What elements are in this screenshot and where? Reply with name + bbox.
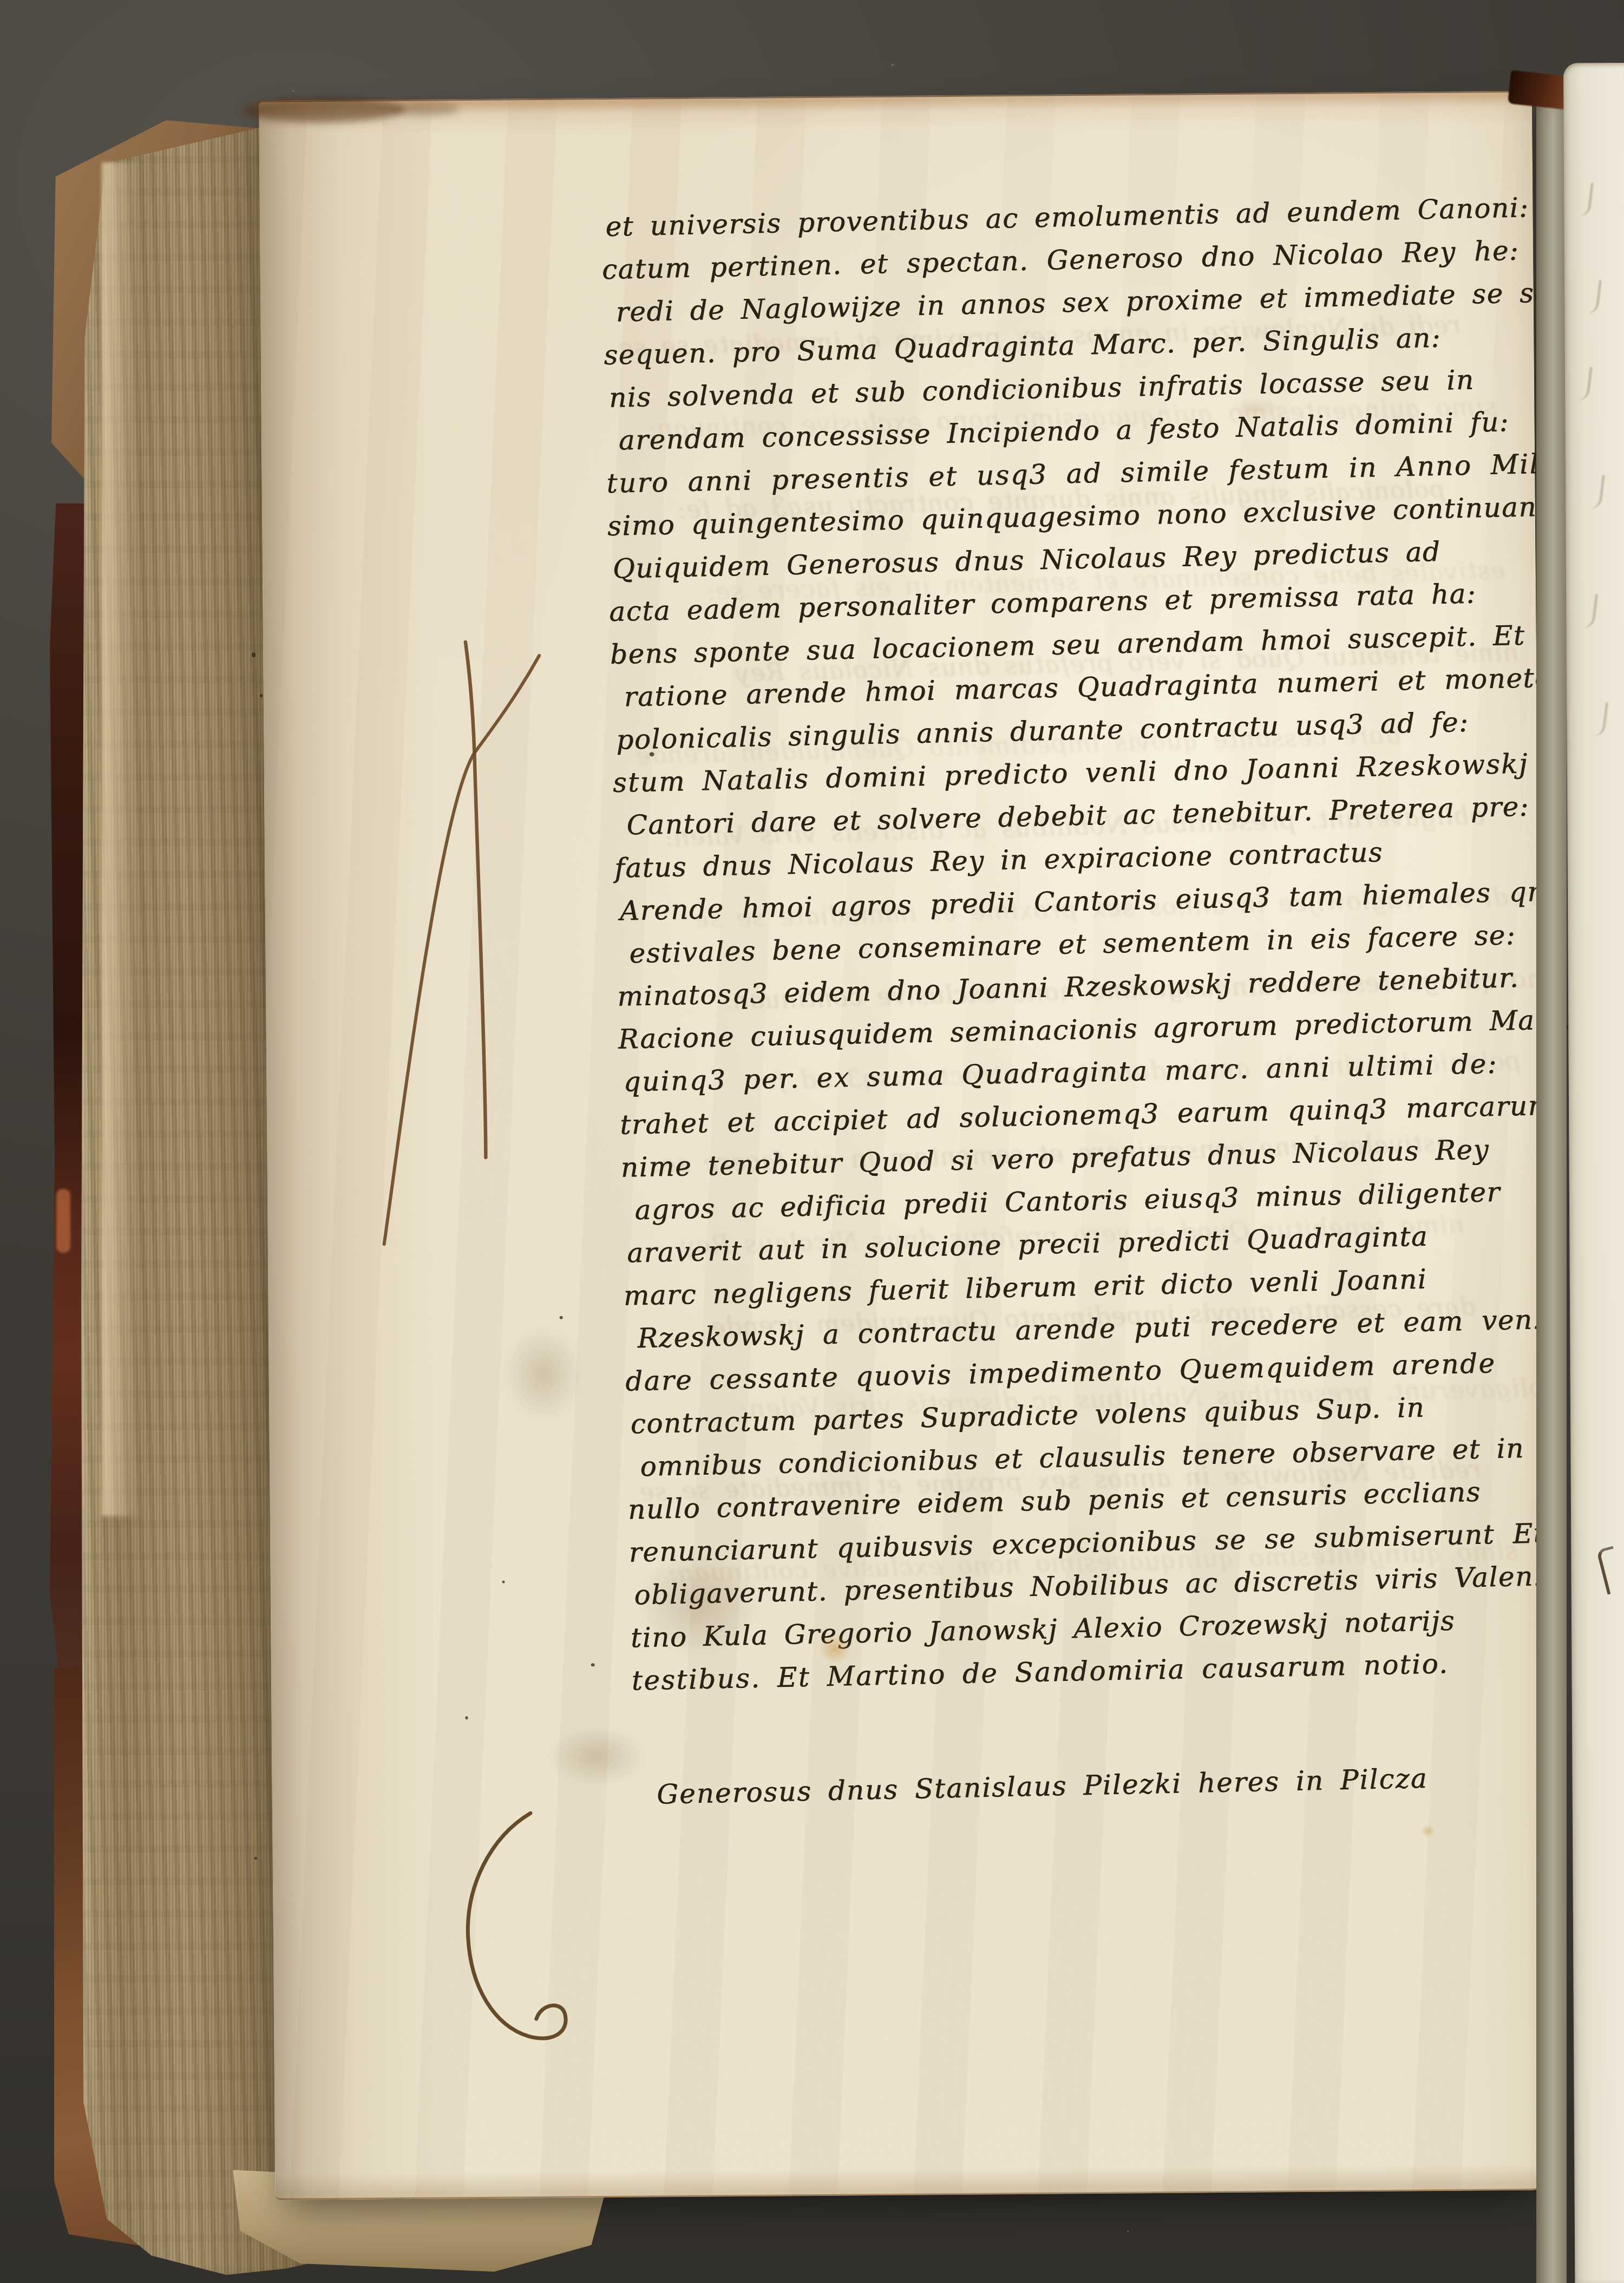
fore-edge-speck xyxy=(252,652,256,657)
show-through-mark xyxy=(1581,593,1598,629)
ink-dot xyxy=(502,1581,505,1584)
closing-line-wrap: Generosus dnus Stanislaus Pilezki heres … xyxy=(601,186,1571,1817)
ink-dot xyxy=(1346,348,1348,351)
ink-mark-on-facing-page xyxy=(1596,1546,1624,1595)
manuscript-book-photograph: redi de Naglowijze in annos sex proxime … xyxy=(0,0,1624,2283)
closing-flourish xyxy=(467,1813,566,2039)
dust-speck xyxy=(1127,2230,1129,2232)
ink-stain xyxy=(818,1634,851,1664)
spacer xyxy=(601,186,1569,1703)
ink-dot xyxy=(591,1663,595,1666)
margin-cross-stroke-1 xyxy=(466,642,486,1157)
small-stain xyxy=(1421,1825,1435,1837)
dust-speck xyxy=(892,64,894,66)
show-through-mark xyxy=(1587,474,1605,509)
dust-speck xyxy=(292,90,294,91)
page-gutter-strip xyxy=(1536,81,1567,2283)
manuscript-page: redi de Naglowijze in annos sex proxime … xyxy=(259,91,1548,2200)
margin-cross-stroke-2 xyxy=(379,656,544,1244)
ink-blot xyxy=(649,752,654,756)
leather-wear-patch xyxy=(56,1189,70,1253)
show-through-mark xyxy=(1575,365,1592,401)
fore-edge-highlight xyxy=(102,162,141,1516)
show-through-mark xyxy=(1591,701,1608,737)
ink-dot xyxy=(465,1716,468,1719)
show-through-mark xyxy=(1584,279,1602,315)
fore-edge-speck xyxy=(254,1857,257,1860)
fore-edge-speck xyxy=(260,694,263,697)
show-through-mark xyxy=(1576,181,1594,217)
ink-dot xyxy=(560,1316,563,1319)
